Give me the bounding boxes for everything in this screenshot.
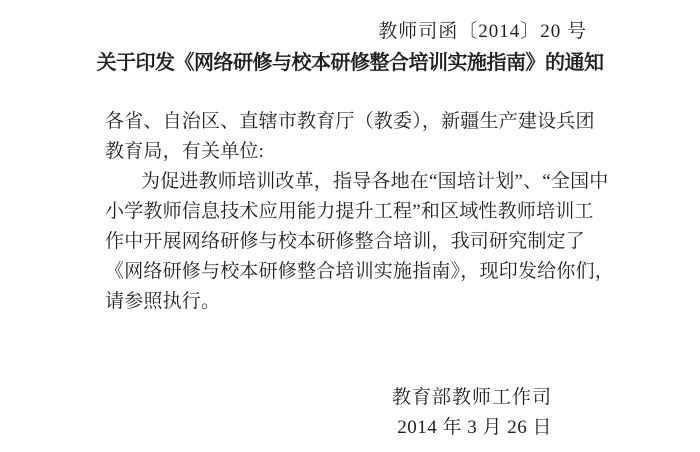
signature-block: 教育部教师工作司 2014 年 3 月 26 日	[392, 383, 552, 443]
document-date: 2014 年 3 月 26 日	[392, 413, 552, 443]
document-title: 关于印发《网络研修与校本研修整合培训实施指南》的通知	[0, 46, 700, 75]
recipient-line: 教育局，有关单位:	[105, 137, 614, 167]
signature: 教育部教师工作司	[392, 383, 552, 413]
paragraph-line: 《网络研修与校本研修整合培训实施指南》，现印发给你们，	[105, 257, 614, 287]
paragraph-line: 请参照执行。	[105, 287, 614, 317]
paragraph-line: 作中开展网络研修与校本研修整合培训，我司研究制定了	[105, 227, 614, 257]
document-number: 教师司函〔2014〕20 号	[378, 16, 587, 43]
recipient-line: 各省、自治区、直辖市教育厅（教委），新疆生产建设兵团	[105, 107, 614, 137]
document-body: 各省、自治区、直辖市教育厅（教委），新疆生产建设兵团 教育局，有关单位: 为促进…	[105, 107, 614, 317]
paragraph-line: 为促进教师培训改革，指导各地在“国培计划”、“全国中	[105, 167, 614, 197]
paragraph-line: 小学教师信息技术应用能力提升工程”和区域性教师培训工	[105, 197, 614, 227]
document-page: 教师司函〔2014〕20 号 关于印发《网络研修与校本研修整合培训实施指南》的通…	[0, 0, 700, 452]
